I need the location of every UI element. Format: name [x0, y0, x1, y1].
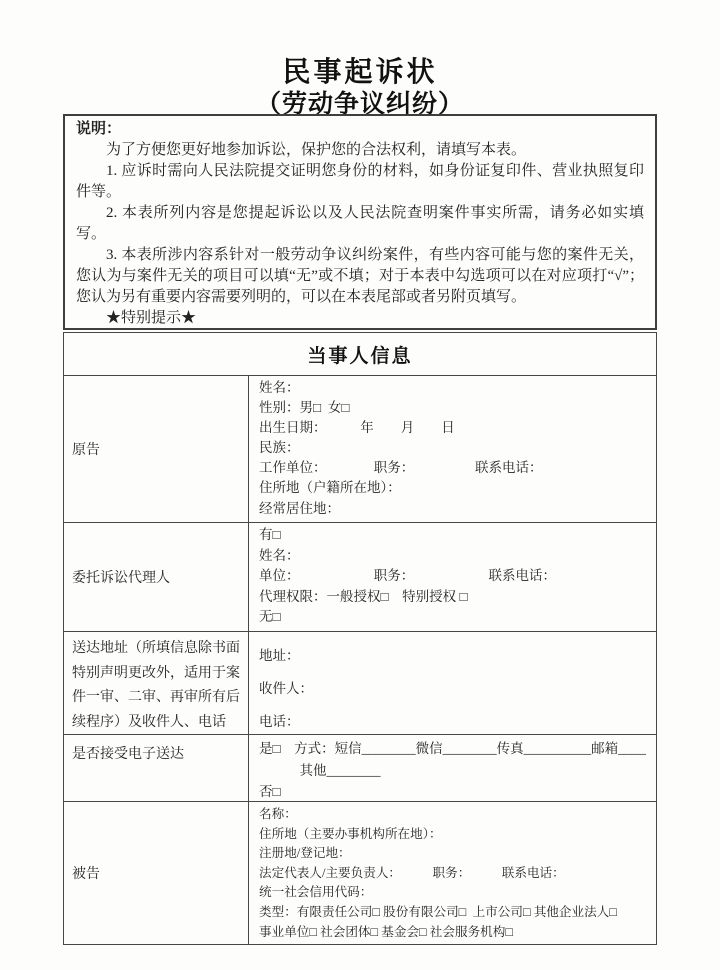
eservice-fields: 是□ 方式：短信________微信________传真__________邮箱…: [249, 735, 656, 801]
agent-unit-title-phone-line: 单位： 职务： 联系电话：: [259, 566, 646, 587]
eservice-label: 是否接受电子送达: [64, 735, 249, 801]
address-field-line: 地址：: [259, 639, 646, 672]
eservice-yes-methods-line: 是□ 方式：短信________微信________传真__________邮箱…: [259, 738, 646, 760]
entity-type-checkbox-line-1: 类型：有限责任公司□ 股份有限公司□ 上市公司□ 其他企业法人□: [259, 903, 646, 923]
company-name-line: 名称：: [259, 805, 646, 825]
instruction-paragraph: 为了方便您更好地参加诉讼，保护您的合法权利，请填写本表。: [76, 140, 644, 161]
gender-checkbox-line: 性别：男□ 女□: [259, 398, 646, 418]
plaintiff-row: 原告 姓名： 性别：男□ 女□ 出生日期： 年 月 日 民族： 工作单位： 职务…: [64, 375, 656, 522]
company-domicile-line: 住所地（主要办事机构所在地）：: [259, 825, 646, 845]
defendant-fields: 名称： 住所地（主要办事机构所在地）： 注册地/登记地： 法定代表人/主要负责人…: [249, 802, 656, 944]
service-address-label-text: 送达地址（所填信息除书面特别声明更改外，适用于案件一审、二审、再审所有后续程序）…: [72, 641, 240, 730]
plaintiff-fields: 姓名： 性别：男□ 女□ 出生日期： 年 月 日 民族： 工作单位： 职务： 联…: [249, 376, 656, 522]
credit-code-line: 统一社会信用代码：: [259, 883, 646, 903]
eservice-other-line: 其他________: [259, 760, 646, 782]
registered-address-line: 注册地/登记地：: [259, 844, 646, 864]
instruction-paragraph: 3. 本表所涉内容系针对一般劳动争议纠纷案件，有些内容可能与您的案件无关，您认为…: [76, 245, 644, 308]
agent-label: 委托诉讼代理人: [64, 523, 249, 631]
no-agent-checkbox-line: 无□: [259, 607, 646, 628]
agent-fields: 有□ 姓名： 单位： 职务： 联系电话： 代理权限：一般授权□ 特别授权 □ 无…: [249, 523, 656, 631]
entity-type-checkbox-line-2: 事业单位□ 社会团体□ 基金会□ 社会服务机构□: [259, 923, 646, 943]
instructions-heading: 说明：: [76, 119, 644, 140]
service-address-label: 送达地址（所填信息除书面特别声明更改外，适用于案件一审、二审、再审所有后续程序）…: [64, 632, 249, 734]
party-info-table: 当事人信息 原告 姓名： 性别：男□ 女□ 出生日期： 年 月 日 民族： 工作…: [63, 332, 657, 945]
residence-field-line: 住所地（户籍所在地）：: [259, 478, 646, 498]
defendant-row: 被告 名称： 住所地（主要办事机构所在地）： 注册地/登记地： 法定代表人/主要…: [64, 801, 656, 944]
ethnicity-field-line: 民族：: [259, 438, 646, 458]
habitual-residence-line: 经常居住地：: [259, 499, 646, 519]
scanned-form-page: 民事起诉状 （劳动争议纠纷） 说明： 为了方便您更好地参加诉讼，保护您的合法权利…: [0, 0, 720, 970]
defendant-label: 被告: [64, 802, 249, 944]
recipient-field-line: 收件人：: [259, 672, 646, 705]
special-notice-text: 《中华人民共和国民事诉讼法》第十三条第一款规定：“民事诉讼应当遵循诚信原则。”如…: [76, 329, 644, 330]
birthdate-field-line: 出生日期： 年 月 日: [259, 418, 646, 438]
special-notice-heading: ★特别提示★: [76, 308, 644, 329]
agent-label-text: 委托诉讼代理人: [72, 567, 170, 587]
legal-rep-title-phone-line: 法定代表人/主要负责人： 职务： 联系电话：: [259, 864, 646, 884]
defendant-label-text: 被告: [72, 863, 100, 883]
phone-field-line: 电话：: [259, 705, 646, 734]
agent-authority-checkbox-line: 代理权限：一般授权□ 特别授权 □: [259, 587, 646, 608]
name-field-line: 姓名：: [259, 378, 646, 398]
employer-title-phone-line: 工作单位： 职务： 联系电话：: [259, 458, 646, 478]
service-address-fields: 地址： 收件人： 电话：: [249, 632, 656, 734]
agent-row: 委托诉讼代理人 有□ 姓名： 单位： 职务： 联系电话： 代理权限：一般授权□ …: [64, 522, 656, 631]
instructions-box: 说明： 为了方便您更好地参加诉讼，保护您的合法权利，请填写本表。 1. 应诉时需…: [63, 114, 657, 330]
section-header-row: 当事人信息: [64, 333, 656, 375]
eservice-row: 是否接受电子送达 是□ 方式：短信________微信________传真___…: [64, 734, 656, 801]
has-agent-checkbox-line: 有□: [259, 525, 646, 546]
instruction-paragraph: 1. 应诉时需向人民法院提交证明您身份的材料，如身份证复印件、营业执照复印件等。: [76, 161, 644, 203]
instruction-paragraph: 2. 本表所列内容是您提起诉讼以及人民法院查明案件事实所需，请务必如实填写。: [76, 203, 644, 245]
service-address-row: 送达地址（所填信息除书面特别声明更改外，适用于案件一审、二审、再审所有后续程序）…: [64, 631, 656, 734]
eservice-no-checkbox-line: 否□: [259, 781, 646, 801]
agent-name-line: 姓名：: [259, 546, 646, 567]
eservice-label-text: 是否接受电子送达: [72, 743, 184, 763]
plaintiff-label: 原告: [64, 376, 249, 522]
plaintiff-label-text: 原告: [72, 439, 100, 459]
section-title: 当事人信息: [307, 341, 412, 368]
